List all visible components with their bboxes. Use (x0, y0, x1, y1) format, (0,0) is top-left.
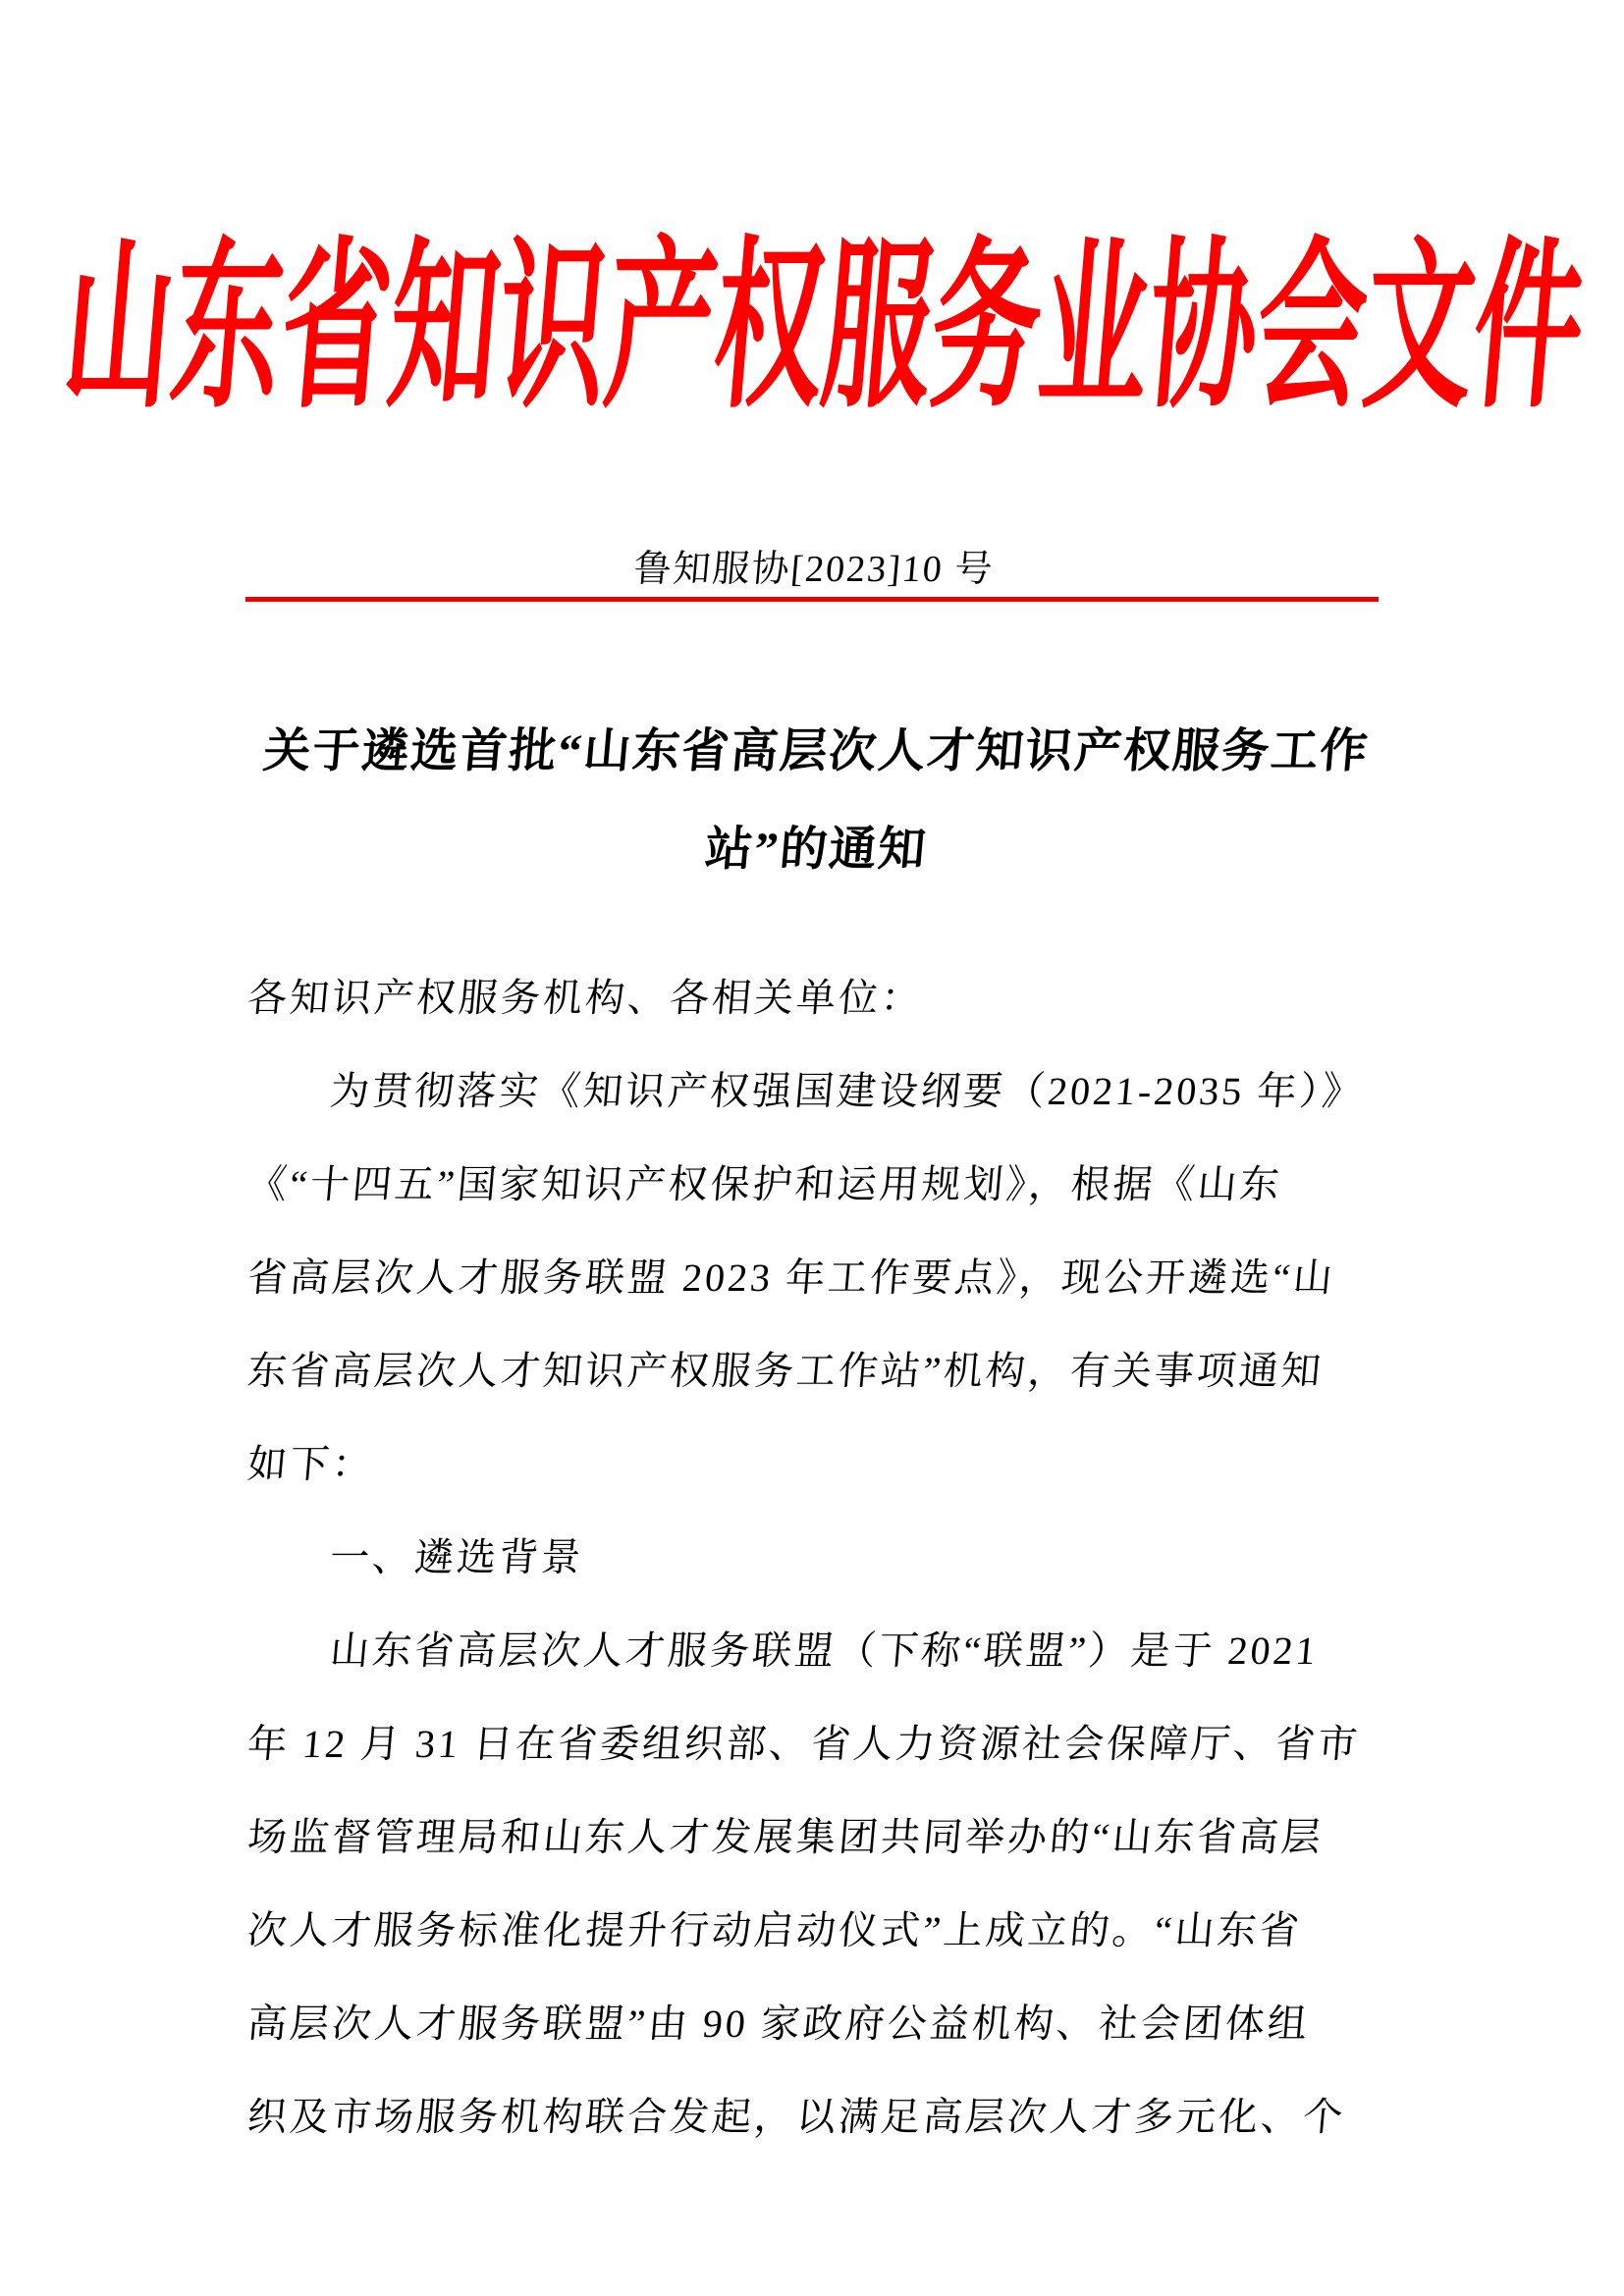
body-line: 年 12 月 31 日在省委组织部、省人力资源社会保障厅、省市 (245, 1721, 1388, 1768)
body-line: 高层次人才服务联盟”由 90 家政府公益机构、社会团体组 (245, 2001, 1388, 2048)
document-body: 各知识产权服务机构、各相关单位：为贯彻落实《知识产权强国建设纲要（2021-20… (0, 0, 1624, 2296)
body-line: 各知识产权服务机构、各相关单位： (245, 975, 1388, 1022)
body-line: 织及市场服务机构联合发起，以满足高层次人才多元化、个 (245, 2094, 1388, 2141)
body-line: 为贯彻落实《知识产权强国建设纲要（2021-2035 年）》 (245, 1068, 1471, 1115)
body-line: 省高层次人才服务联盟 2023 年工作要点》，现公开遴选“山 (245, 1255, 1388, 1302)
body-line: 山东省高层次人才服务联盟（下称“联盟”）是于 2021 (245, 1628, 1471, 1675)
body-line: 如下： (245, 1441, 1388, 1488)
document-page: 山东省知识产权服务业协会文件 鲁知服协[2023]10 号 关于遴选首批“山东省… (0, 0, 1624, 2296)
body-line: 东省高层次人才知识产权服务工作站”机构，有关事项通知 (245, 1348, 1388, 1395)
body-line: 一、遴选背景 (245, 1534, 1471, 1581)
body-line: 次人才服务标准化提升行动启动仪式”上成立的。“山东省 (245, 1907, 1388, 1954)
body-line: 场监督管理局和山东人才发展集团共同举办的“山东省高层 (245, 1814, 1388, 1861)
body-line: 《“十四五”国家知识产权保护和运用规划》，根据《山东 (245, 1161, 1388, 1208)
